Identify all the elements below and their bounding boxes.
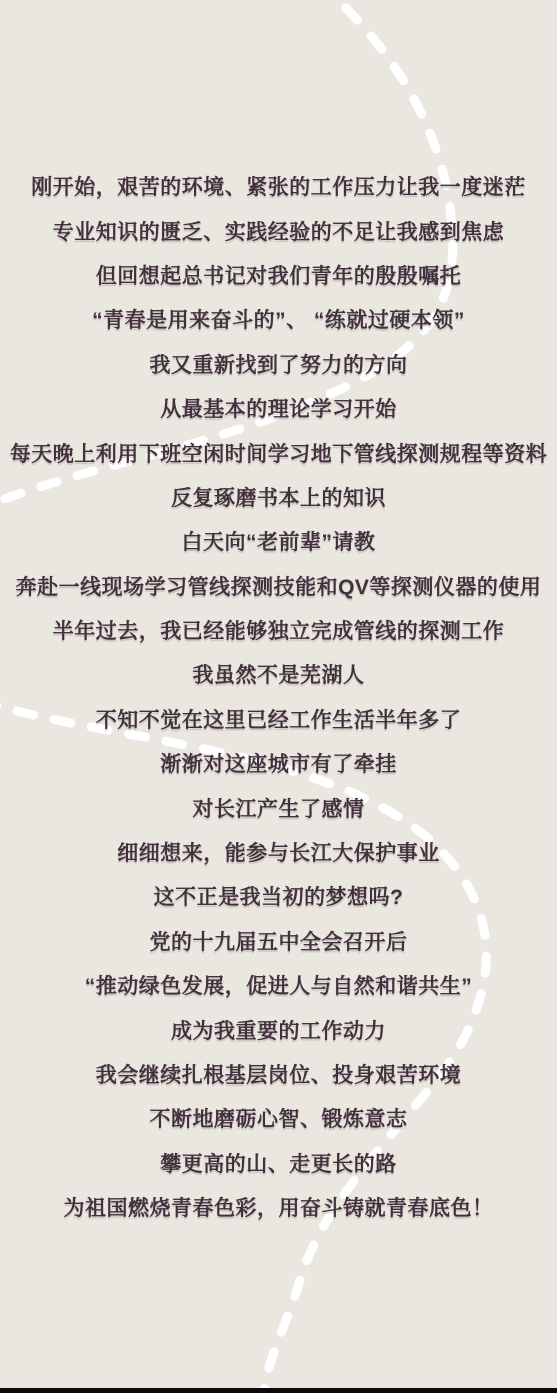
narration-line: “推动绿色发展，促进人与自然和谐共生” <box>0 963 557 1007</box>
narration-line: 白天向“老前辈”请教 <box>0 519 557 563</box>
narration-line: 但回想起总书记对我们青年的殷殷嘱托 <box>0 253 557 297</box>
bottom-bar <box>0 1388 557 1393</box>
narration-line: 专业知识的匮乏、实践经验的不足让我感到焦虑 <box>0 208 557 252</box>
narration-line: “青春是用来奋斗的”、 “练就过硬本领” <box>0 297 557 341</box>
narration-line: 渐渐对这座城市有了牵挂 <box>0 741 557 785</box>
narration-line: 每天晚上利用下班空闲时间学习地下管线探测规程等资料 <box>0 430 557 474</box>
narration-line: 党的十九届五中全会召开后 <box>0 919 557 963</box>
narration-line: 半年过去，我已经能够独立完成管线的探测工作 <box>0 608 557 652</box>
narration-line: 这不正是我当初的梦想吗? <box>0 874 557 918</box>
narration-line: 攀更高的山、走更长的路 <box>0 1141 557 1185</box>
narration-line: 成为我重要的工作动力 <box>0 1007 557 1051</box>
narration-line: 为祖国燃烧青春色彩，用奋斗铸就青春底色！ <box>0 1185 557 1229</box>
narration-line: 我又重新找到了努力的方向 <box>0 342 557 386</box>
narration-line: 对长江产生了感情 <box>0 785 557 829</box>
narration-line: 从最基本的理论学习开始 <box>0 386 557 430</box>
narration-line: 我虽然不是芜湖人 <box>0 652 557 696</box>
narration-line: 刚开始，艰苦的环境、紧张的工作压力让我一度迷茫 <box>0 164 557 208</box>
narration-lines: 刚开始，艰苦的环境、紧张的工作压力让我一度迷茫专业知识的匮乏、实践经验的不足让我… <box>0 164 557 1229</box>
stage: 刚开始，艰苦的环境、紧张的工作压力让我一度迷茫专业知识的匮乏、实践经验的不足让我… <box>0 0 557 1393</box>
narration-line: 反复琢磨书本上的知识 <box>0 475 557 519</box>
narration-line: 我会继续扎根基层岗位、投身艰苦环境 <box>0 1052 557 1096</box>
narration-line: 奔赴一线现场学习管线探测技能和QV等探测仪器的使用 <box>0 564 557 608</box>
narration-line: 细细想来，能参与长江大保护事业 <box>0 830 557 874</box>
narration-line: 不知不觉在这里已经工作生活半年多了 <box>0 697 557 741</box>
narration-line: 不断地磨砺心智、锻炼意志 <box>0 1096 557 1140</box>
